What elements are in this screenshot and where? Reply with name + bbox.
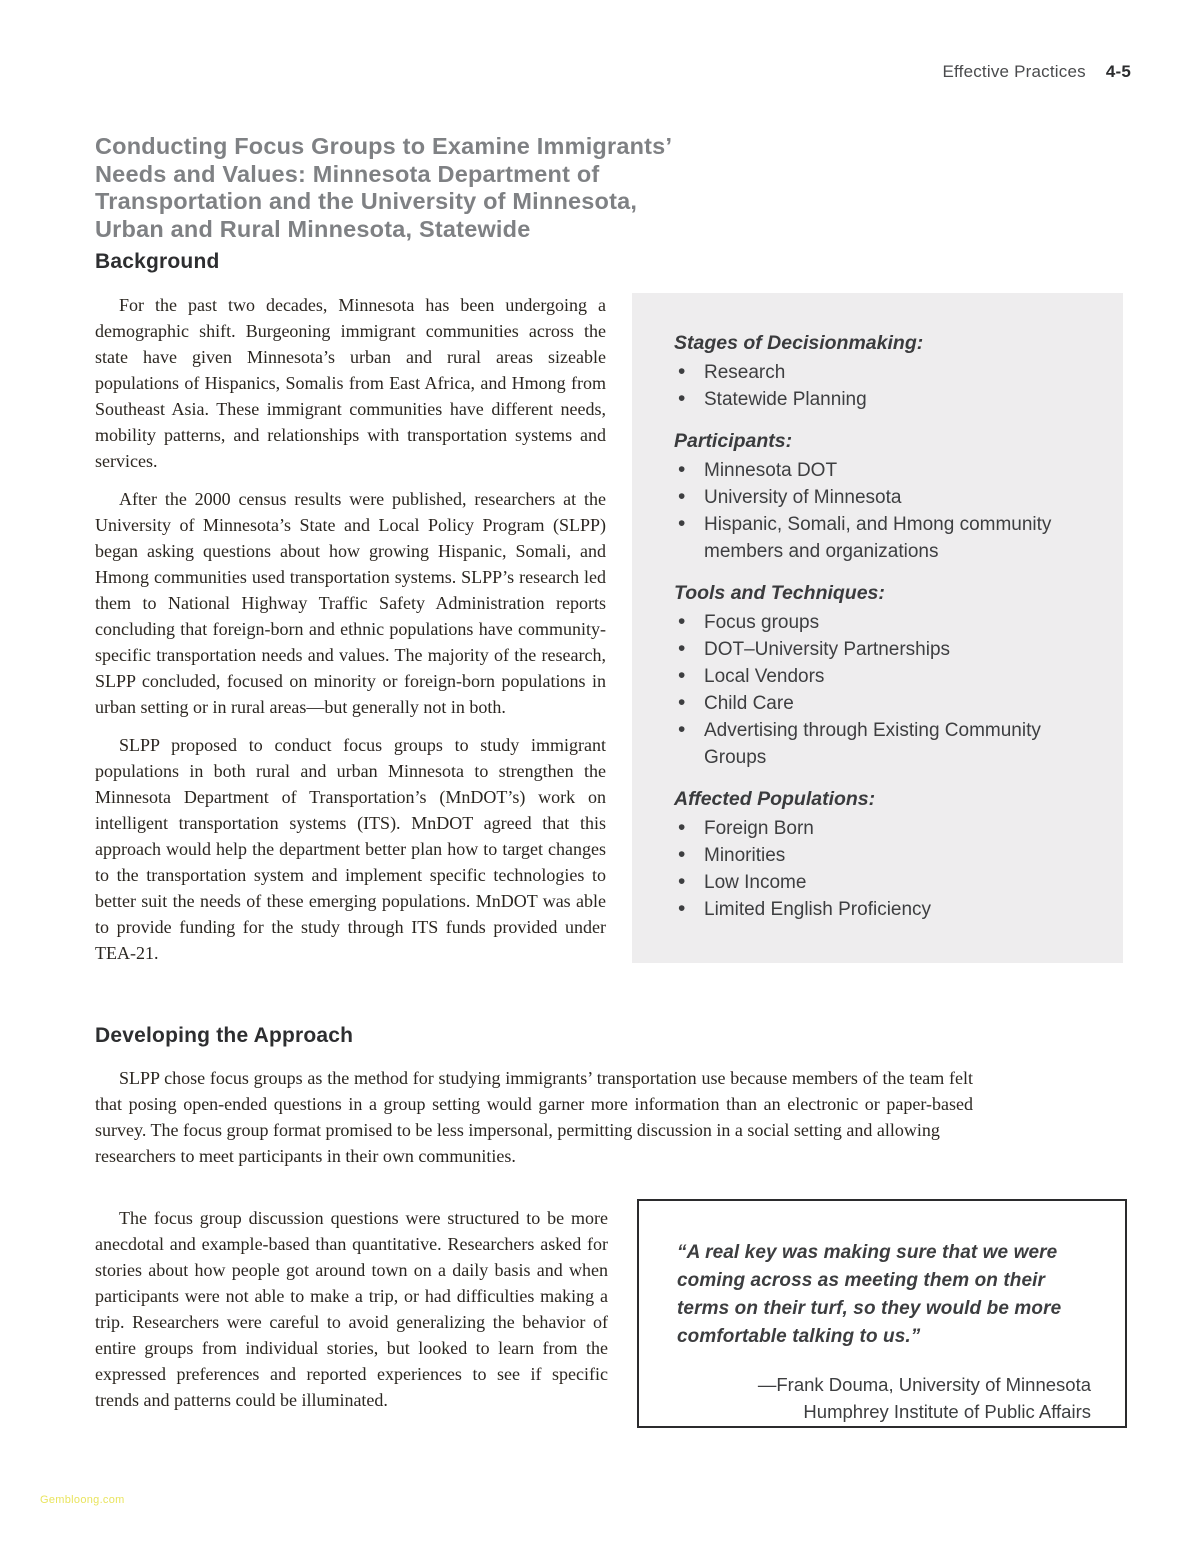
- header-section-label: Effective Practices: [943, 62, 1086, 81]
- sidebar-list: Focus groups DOT–University Partnerships…: [674, 609, 1087, 771]
- sidebar-heading: Participants:: [674, 429, 1087, 453]
- header-page-number: 4-5: [1106, 62, 1131, 81]
- heading-background: Background: [95, 250, 220, 274]
- paragraph: For the past two decades, Minnesota has …: [95, 292, 606, 474]
- sidebar-item: Research: [674, 359, 1087, 386]
- sidebar-item: Low Income: [674, 869, 1087, 896]
- document-page: Effective Practices4-5 Conducting Focus …: [0, 0, 1200, 1552]
- sidebar-list: Research Statewide Planning: [674, 359, 1087, 413]
- paragraph: The focus group discussion questions wer…: [95, 1205, 608, 1413]
- heading-developing: Developing the Approach: [95, 1024, 353, 1048]
- watermark: Gembloong.com: [40, 1494, 125, 1506]
- document-title: Conducting Focus Groups to Examine Immig…: [95, 133, 855, 243]
- sidebar-group-affected: Affected Populations: Foreign Born Minor…: [674, 787, 1087, 923]
- sidebar-item: Minorities: [674, 842, 1087, 869]
- quote-attribution-line: —Frank Douma, University of Minnesota: [677, 1371, 1091, 1398]
- paragraph: After the 2000 census results were publi…: [95, 486, 606, 720]
- title-line: Needs and Values: Minnesota Department o…: [95, 161, 855, 189]
- sidebar-item: Minnesota DOT: [674, 457, 1087, 484]
- sidebar-group-tools: Tools and Techniques: Focus groups DOT–U…: [674, 581, 1087, 771]
- title-line: Transportation and the University of Min…: [95, 188, 855, 216]
- running-header: Effective Practices4-5: [943, 62, 1132, 82]
- sidebar-item: Advertising through Existing Community G…: [674, 717, 1087, 771]
- sidebar-item: Focus groups: [674, 609, 1087, 636]
- sidebar-heading: Stages of Decisionmaking:: [674, 331, 1087, 355]
- quote-attribution: —Frank Douma, University of Minnesota Hu…: [677, 1371, 1091, 1425]
- paragraph: SLPP proposed to conduct focus groups to…: [95, 732, 606, 966]
- sidebar-item: Hispanic, Somali, and Hmong community me…: [674, 511, 1087, 565]
- sidebar-list: Minnesota DOT University of Minnesota Hi…: [674, 457, 1087, 565]
- title-line: Urban and Rural Minnesota, Statewide: [95, 216, 855, 244]
- sidebar-item: University of Minnesota: [674, 484, 1087, 511]
- pull-quote-box: “A real key was making sure that we were…: [637, 1199, 1127, 1428]
- case-summary-sidebar: Stages of Decisionmaking: Research State…: [632, 293, 1123, 963]
- paragraph-segment: SLPP chose focus groups as the method fo…: [95, 1068, 973, 1140]
- paragraph-developing-intro: SLPP chose focus groups as the method fo…: [95, 1065, 973, 1169]
- paragraph-segment: researchers to meet participants in thei…: [95, 1146, 516, 1166]
- sidebar-item: Statewide Planning: [674, 386, 1087, 413]
- sidebar-item: Foreign Born: [674, 815, 1087, 842]
- quote-attribution-line: Humphrey Institute of Public Affairs: [677, 1398, 1091, 1425]
- sidebar-group-participants: Participants: Minnesota DOT University o…: [674, 429, 1087, 565]
- quote-text: “A real key was making sure that we were…: [677, 1239, 1091, 1351]
- sidebar-list: Foreign Born Minorities Low Income Limit…: [674, 815, 1087, 923]
- title-line: Conducting Focus Groups to Examine Immig…: [95, 133, 855, 161]
- sidebar-heading: Affected Populations:: [674, 787, 1087, 811]
- sidebar-item: Limited English Proficiency: [674, 896, 1087, 923]
- sidebar-group-stages: Stages of Decisionmaking: Research State…: [674, 331, 1087, 413]
- sidebar-item: Local Vendors: [674, 663, 1087, 690]
- sidebar-item: DOT–University Partnerships: [674, 636, 1087, 663]
- sidebar-heading: Tools and Techniques:: [674, 581, 1087, 605]
- background-text-column: For the past two decades, Minnesota has …: [95, 292, 606, 978]
- sidebar-item: Child Care: [674, 690, 1087, 717]
